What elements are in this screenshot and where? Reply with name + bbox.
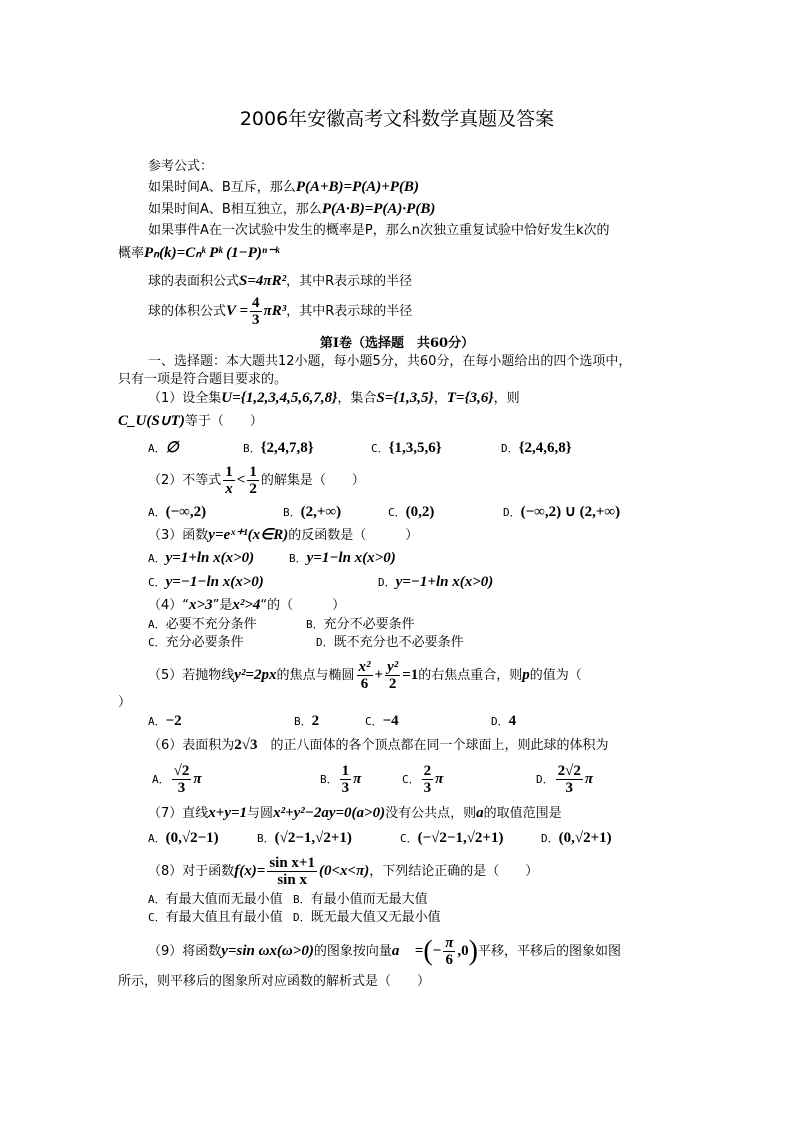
- stem-text: （2）不等式: [148, 473, 221, 488]
- question-4-stem: （4）“x>3”是x²>4“的（ ）: [148, 596, 345, 615]
- numerator: 2: [422, 763, 434, 780]
- numerator: √2: [172, 763, 192, 780]
- option-label: B．: [283, 506, 301, 519]
- reference-text: 如果时间A、B互斥，那么: [148, 180, 296, 195]
- stem-text: 的取值范围是: [484, 806, 562, 821]
- denominator: 6: [359, 676, 371, 692]
- question-5-option-b[interactable]: B．2: [294, 712, 319, 731]
- question-8-option-b[interactable]: B．有最小值而无最大值: [293, 891, 428, 909]
- question-7-option-c[interactable]: C．(−√2−1,√2+1): [400, 829, 503, 848]
- option-value: (0,√2−1): [166, 830, 219, 846]
- reference-line-6: 球的体积公式V =43πR³，其中R表示球的半径: [148, 292, 412, 331]
- formula: x+y=1: [208, 805, 247, 821]
- fraction: 13: [340, 763, 352, 796]
- numerator: sin x+1: [267, 855, 317, 872]
- minus-sign: −: [433, 943, 442, 959]
- formula: y=sin ωx(ω>0): [221, 943, 314, 959]
- formula: y=eˣ⁺¹(x∈R): [208, 527, 288, 543]
- stem-text: ，: [434, 391, 447, 406]
- option-value: −4: [383, 713, 399, 729]
- option-value: (0,2): [406, 504, 435, 520]
- option-value: 4: [509, 713, 517, 729]
- option-value: (√2−1,√2+1): [275, 830, 352, 846]
- option-label: C．: [402, 773, 420, 786]
- option-label: C．: [371, 442, 389, 455]
- stem-text: ”是: [213, 598, 233, 613]
- formula: f(x)=: [234, 863, 265, 879]
- option-label: D．: [541, 832, 559, 845]
- question-8-option-d[interactable]: D．既无最大值又无最小值: [293, 909, 441, 927]
- numerator: 1: [340, 763, 352, 780]
- denominator: 2: [247, 481, 259, 497]
- question-1-stem-line2: C_U(S∪T)等于（ ）: [118, 412, 263, 431]
- option-value: 必要不充分条件: [166, 617, 257, 632]
- denominator: 3: [250, 312, 262, 328]
- reference-suffix: ，其中R表示球的半径: [286, 274, 412, 289]
- formula: x>3: [189, 597, 213, 613]
- reference-line-3: 如果事件A在一次试验中发生的概率是P，那么n次独立重复试验中恰好发生k次的: [148, 222, 610, 240]
- stem-text: 的图象按向量: [314, 944, 392, 959]
- formula: ,0: [457, 943, 468, 959]
- question-7-stem: （7）直线x+y=1与圆x²+y²−2ay=0(a>0)没有公共点，则a的取值范…: [148, 804, 562, 823]
- formula: T={3,6}: [447, 390, 494, 406]
- option-value: (0,√2+1): [559, 830, 612, 846]
- option-value: y=−1−ln x(x>0): [166, 574, 264, 590]
- option-value: 充分不必要条件: [324, 617, 415, 632]
- formula: U={1,2,3,4,5,6,7,8}: [221, 390, 337, 406]
- right-paren: ): [469, 936, 478, 967]
- stem-text: （6）表面积为: [148, 738, 234, 753]
- option-label: B．: [320, 773, 338, 786]
- pi-symbol: π: [353, 771, 361, 787]
- stem-text: ，则: [494, 391, 520, 406]
- numerator: π: [443, 935, 455, 952]
- option-value: 有最大值且有最小值: [166, 910, 283, 925]
- question-7-option-d[interactable]: D．(0,√2+1): [541, 829, 612, 848]
- formula: S=4πR²: [239, 273, 286, 289]
- fraction: 43: [250, 295, 262, 328]
- formula: S={1,3,5}: [376, 390, 433, 406]
- left-paren: (: [423, 936, 432, 967]
- question-3-option-c[interactable]: C．y=−1−ln x(x>0): [148, 573, 264, 592]
- question-7-option-b[interactable]: B．(√2−1,√2+1): [257, 829, 352, 848]
- question-1-option-a[interactable]: A．∅: [148, 439, 179, 458]
- option-label: B．: [306, 618, 324, 631]
- question-2-option-a[interactable]: A．(−∞,2): [148, 503, 206, 522]
- option-value: (−∞,2) ∪ (2,+∞): [521, 504, 620, 520]
- option-label: A．: [148, 715, 166, 728]
- stem-text: （5）若抛物线: [148, 668, 234, 683]
- formula: P(A·B)=P(A)·P(B): [322, 201, 436, 217]
- fraction: 12: [247, 464, 259, 497]
- fraction: y²2: [385, 659, 400, 692]
- option-label: D．: [378, 576, 396, 589]
- reference-line-4: 概率Pₙ(k)=Cₙᵏ Pᵏ (1−P)ⁿ⁻ᵏ: [118, 244, 279, 263]
- question-5-option-d[interactable]: D．4: [491, 712, 516, 731]
- stem-text: 没有公共点，则: [385, 806, 476, 821]
- option-value: 既不充分也不必要条件: [334, 635, 464, 650]
- formula: y²=2px: [234, 667, 276, 683]
- question-4-option-c[interactable]: C．充分必要条件: [148, 634, 244, 652]
- stem-text: 的反函数是（ ）: [288, 528, 418, 543]
- question-3-option-d[interactable]: D．y=−1+ln x(x>0): [378, 573, 493, 592]
- stem-text: （8）对于函数: [148, 864, 234, 879]
- denominator: x: [223, 481, 235, 497]
- intro-line-2: 只有一项是符合题目要求的。: [118, 371, 287, 389]
- option-label: D．: [316, 636, 334, 649]
- fraction: π6: [443, 935, 455, 968]
- option-value: (2,+∞): [301, 504, 341, 520]
- stem-text: 的解集是（ ）: [261, 473, 365, 488]
- option-label: B．: [289, 552, 307, 565]
- question-3-option-a[interactable]: A．y=1+ln x(x>0): [148, 549, 254, 568]
- option-value: {2,4,7,8}: [261, 440, 314, 456]
- question-6-option-d[interactable]: D．2√23π: [536, 760, 593, 799]
- vector-formula: a⃗ =: [392, 943, 423, 959]
- fraction: 1x: [223, 464, 235, 497]
- stem-text: 的正八面体的各个顶点都在同一个球面上，则此球的体积为: [271, 738, 609, 753]
- formula: x²+y²−2ay=0(a>0): [273, 805, 385, 821]
- numerator: y²: [385, 659, 400, 676]
- option-label: D．: [503, 506, 521, 519]
- reference-text: 球的表面积公式: [148, 274, 239, 289]
- option-label: C．: [365, 715, 383, 728]
- question-2-option-c[interactable]: C．(0,2): [388, 503, 434, 522]
- stem-text: 的焦点与椭圆: [276, 668, 354, 683]
- option-value: ∅: [166, 440, 179, 456]
- stem-text: “的（ ）: [260, 598, 345, 613]
- option-label: C．: [148, 911, 166, 924]
- reference-line-5: 球的表面积公式S=4πR²，其中R表示球的半径: [148, 272, 412, 291]
- reference-line-1: 如果时间A、B互斥，那么P(A+B)=P(A)+P(B): [148, 178, 419, 197]
- fraction: √23: [172, 763, 192, 796]
- stem-text: （3）函数: [148, 528, 208, 543]
- stem-text: 平移，平移后的图象如图: [478, 944, 621, 959]
- question-1-option-c[interactable]: C．{1,3,5,6}: [371, 439, 442, 458]
- question-2-option-b[interactable]: B．(2,+∞): [283, 503, 341, 522]
- stem-text: 的右焦点重合，则: [418, 668, 522, 683]
- option-label: A．: [152, 773, 170, 786]
- pi-symbol: π: [585, 771, 593, 787]
- operator: +: [375, 667, 384, 683]
- option-value: (−∞,2): [166, 504, 206, 520]
- question-5-close-paren: ）: [118, 694, 131, 712]
- stem-text: （9）将函数: [148, 944, 221, 959]
- stem-text: 等于（ ）: [185, 414, 263, 429]
- option-value: 既无最大值又无最小值: [311, 910, 441, 925]
- option-value: 有最小值而无最大值: [311, 892, 428, 907]
- option-value: y=−1+ln x(x>0): [396, 574, 494, 590]
- question-5-option-c[interactable]: C．−4: [365, 712, 399, 731]
- reference-line-2: 如果时间A、B相互独立，那么P(A·B)=P(A)·P(B): [148, 200, 435, 219]
- formula: πR³: [264, 303, 287, 319]
- numerator: 1: [247, 464, 259, 481]
- fraction: x²6: [357, 659, 373, 692]
- question-5-option-a[interactable]: A．−2: [148, 712, 182, 731]
- stem-text: ，集合: [337, 391, 376, 406]
- formula: 2√3: [234, 737, 257, 753]
- option-label: A．: [148, 618, 166, 631]
- question-3-option-b[interactable]: B．y=1−ln x(x>0): [289, 549, 396, 568]
- question-8-option-a[interactable]: A．有最大值而无最小值: [148, 891, 283, 909]
- question-1-stem: （1）设全集U={1,2,3,4,5,6,7,8}，集合S={1,3,5}，T=…: [148, 389, 520, 408]
- stem-text: （4）“: [148, 598, 189, 613]
- reference-suffix: ，其中R表示球的半径: [286, 304, 412, 319]
- formula: a: [476, 805, 484, 821]
- option-label: B．: [257, 832, 275, 845]
- option-label: B．: [293, 893, 311, 906]
- stem-text: （7）直线: [148, 806, 208, 821]
- stem-text: 的值为（: [530, 668, 582, 683]
- reference-text: 概率: [118, 246, 144, 261]
- question-6-option-c[interactable]: C．23π: [402, 760, 443, 799]
- formula: (0<x<π): [319, 863, 369, 879]
- formula: C_U(S∪T): [118, 413, 185, 429]
- question-3-stem: （3）函数y=eˣ⁺¹(x∈R)的反函数是（ ）: [148, 526, 418, 545]
- option-label: A．: [148, 442, 166, 455]
- question-4-option-a[interactable]: A．必要不充分条件: [148, 616, 257, 634]
- option-value: {1,3,5,6}: [389, 440, 442, 456]
- option-label: A．: [148, 832, 166, 845]
- option-value: 充分必要条件: [166, 635, 244, 650]
- reference-heading: 参考公式：: [148, 158, 213, 176]
- option-label: C．: [388, 506, 406, 519]
- denominator: 3: [340, 780, 352, 796]
- fraction: sin x+1sin x: [267, 855, 317, 888]
- question-2-option-d[interactable]: D．(−∞,2) ∪ (2,+∞): [503, 503, 620, 522]
- formula: Pₙ(k)=Cₙᵏ Pᵏ (1−P)ⁿ⁻ᵏ: [144, 245, 279, 261]
- numerator: 2√2: [556, 763, 583, 780]
- denominator: 3: [176, 780, 188, 796]
- question-1-option-d[interactable]: D．{2,4,6,8}: [501, 439, 572, 458]
- option-label: D．: [501, 442, 519, 455]
- denominator: 3: [422, 780, 434, 796]
- document-title: 2006年安徽高考文科数学真题及答案: [0, 104, 794, 131]
- intro-line-1: 一、选择题：本大题共12小题，每小题5分，共60分，在每小题给出的四个选项中，: [148, 353, 631, 371]
- denominator: 6: [444, 952, 456, 968]
- question-4-option-d[interactable]: D．既不充分也不必要条件: [316, 634, 464, 652]
- formula: =1: [402, 667, 418, 683]
- denominator: 3: [563, 780, 575, 796]
- question-1-option-b[interactable]: B．{2,4,7,8}: [243, 439, 314, 458]
- option-label: C．: [148, 576, 166, 589]
- option-value: −2: [166, 713, 182, 729]
- option-label: D．: [536, 773, 554, 786]
- operator: <: [237, 472, 246, 488]
- option-value: {2,4,6,8}: [519, 440, 572, 456]
- option-value: y=1+ln x(x>0): [166, 550, 255, 566]
- question-5-stem: （5）若抛物线y²=2px的焦点与椭圆x²6+y²2=1的右焦点重合，则p的值为…: [148, 656, 582, 695]
- formula: x²>4: [232, 597, 260, 613]
- option-value: y=1−ln x(x>0): [307, 550, 396, 566]
- formula: p: [522, 667, 530, 683]
- fraction: 23: [422, 763, 434, 796]
- numerator: 1: [223, 464, 235, 481]
- section-title: 第Ⅰ卷（选择题 共60分）: [0, 332, 794, 351]
- numerator: 4: [250, 295, 262, 312]
- option-label: A．: [148, 506, 166, 519]
- pi-symbol: π: [193, 771, 201, 787]
- option-label: A．: [148, 552, 166, 565]
- question-8-stem: （8）对于函数f(x)=sin x+1sin x(0<x<π)，下列结论正确的是…: [148, 852, 538, 891]
- question-9-stem-line2: 所示，则平移后的图象所对应函数的解析式是（ ）: [118, 973, 430, 991]
- numerator: x²: [357, 659, 373, 676]
- stem-text: 与圆: [247, 806, 273, 821]
- stem-text: （1）设全集: [148, 391, 221, 406]
- denominator: sin x: [275, 872, 309, 888]
- stem-text: ，下列结论正确的是（ ）: [369, 864, 538, 879]
- option-label: D．: [491, 715, 509, 728]
- option-label: B．: [243, 442, 261, 455]
- question-6-option-a[interactable]: A．√23π: [152, 760, 202, 799]
- formula: P(A+B)=P(A)+P(B): [296, 179, 419, 195]
- option-value: 有最大值而无最小值: [166, 892, 283, 907]
- question-2-stem: （2）不等式1x<12的解集是（ ）: [148, 462, 365, 499]
- reference-text: 球的体积公式: [148, 304, 226, 319]
- fraction: 2√23: [556, 763, 583, 796]
- question-6-stem: （6）表面积为2√3 的正八面体的各个顶点都在同一个球面上，则此球的体积为: [148, 736, 609, 755]
- question-9-stem: （9）将函数y=sin ωx(ω>0)的图象按向量a⃗ =(−π6,0)平移，平…: [148, 931, 621, 972]
- option-label: D．: [293, 911, 311, 924]
- question-6-option-b[interactable]: B．13π: [320, 760, 361, 799]
- formula: V =: [226, 303, 248, 319]
- option-label: A．: [148, 893, 166, 906]
- option-label: C．: [148, 636, 166, 649]
- option-value: (−√2−1,√2+1): [418, 830, 504, 846]
- denominator: 2: [387, 676, 399, 692]
- option-label: B．: [294, 715, 312, 728]
- question-8-option-c[interactable]: C．有最大值且有最小值: [148, 909, 283, 927]
- question-7-option-a[interactable]: A．(0,√2−1): [148, 829, 219, 848]
- option-label: C．: [400, 832, 418, 845]
- question-4-option-b[interactable]: B．充分不必要条件: [306, 616, 415, 634]
- reference-text: 如果时间A、B相互独立，那么: [148, 202, 322, 217]
- option-value: 2: [312, 713, 320, 729]
- pi-symbol: π: [435, 771, 443, 787]
